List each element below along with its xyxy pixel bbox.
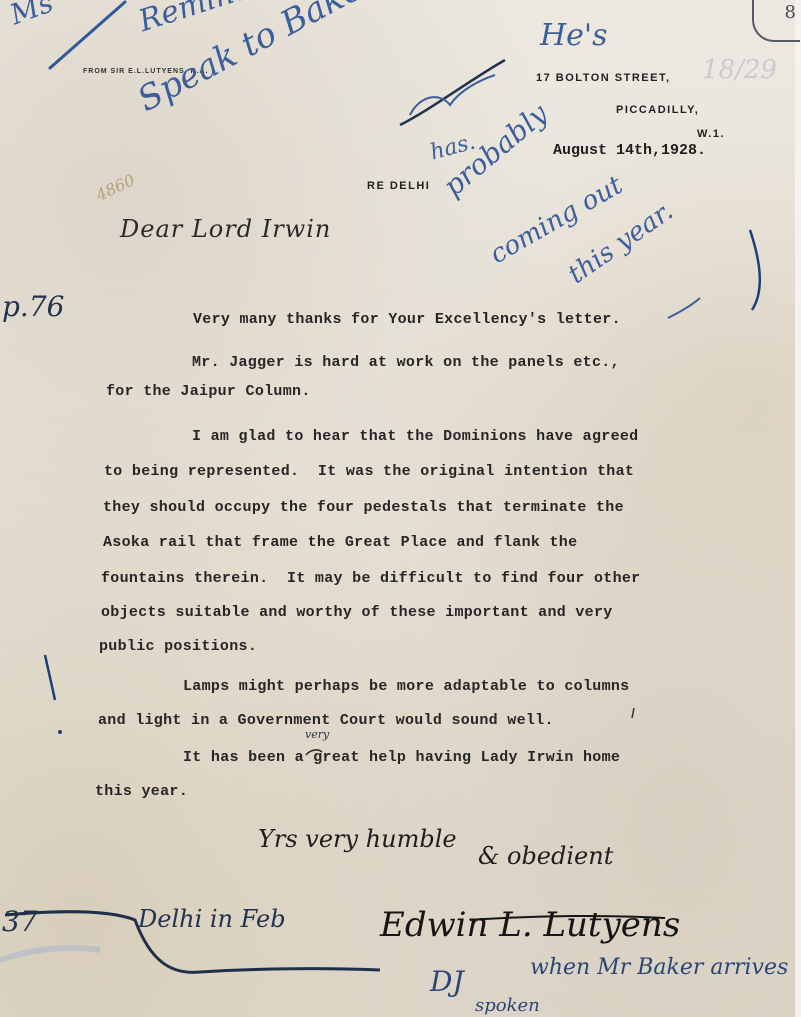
annotation-bottom-delhi: Delhi in Feb: [138, 905, 286, 933]
page-number-circle: 8: [752, 0, 800, 42]
interlinear-insert: very: [305, 728, 329, 741]
salutation: Dear Lord Irwin: [120, 215, 331, 243]
body-line: I am glad to hear that the Dominions hav…: [192, 428, 638, 445]
address-city: PICCADILLY,: [616, 104, 699, 116]
annotation-bottom-baker: when Mr Baker arrives: [530, 955, 788, 980]
body-line: Mr. Jagger is hard at work on the panels…: [192, 354, 620, 371]
signature: Edwin L. Lutyens: [380, 905, 680, 945]
annotation-hes: He's: [540, 18, 608, 53]
body-line: objects suitable and worthy of these imp…: [101, 604, 613, 621]
body-line: they should occupy the four pedestals th…: [103, 499, 624, 516]
annotation-bottom-spoken: spoken: [475, 995, 540, 1016]
annotation-bottom-initials: DJ: [430, 965, 464, 998]
body-line: Lamps might perhaps be more adaptable to…: [183, 678, 629, 695]
address-postal: W.1.: [697, 128, 725, 140]
body-line: to being represented. It was the origina…: [104, 463, 634, 480]
body-line: It has been a great help having Lady Irw…: [183, 749, 620, 766]
body-line: for the Jaipur Column.: [106, 383, 311, 400]
annotation-margin-ref: p.76: [2, 290, 64, 323]
annotation-faint-ref: 18/29: [702, 55, 777, 85]
body-line: Very many thanks for Your Excellency's l…: [193, 311, 621, 328]
body-line: fountains therein. It may be difficult t…: [101, 570, 640, 587]
address-street: 17 BOLTON STREET,: [536, 72, 671, 84]
body-line: and light in a Government Court would so…: [98, 712, 554, 729]
closing-line-1: Yrs very humble: [258, 825, 457, 853]
paper-edge: [795, 0, 801, 1017]
page-number: 8: [785, 2, 796, 23]
closing-line-2: & obedient: [478, 842, 613, 870]
letter-date: August 14th,1928.: [553, 142, 706, 159]
annotation-bottom-number: 37: [2, 905, 38, 938]
body-line: public positions.: [99, 638, 257, 655]
body-line: Asoka rail that frame the Great Place an…: [103, 534, 577, 551]
body-line: this year.: [95, 783, 188, 800]
subject-line: RE DELHI: [367, 180, 430, 192]
